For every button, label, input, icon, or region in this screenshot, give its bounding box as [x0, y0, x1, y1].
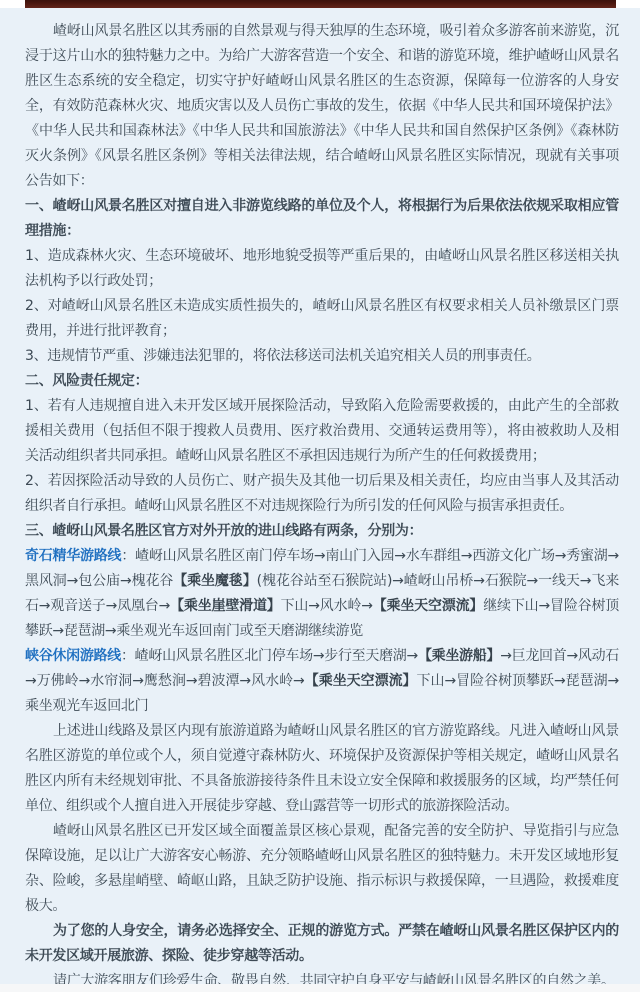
text-segment: 3、违规情节严重、涉嫌违法犯罪的，将依法移送司法机关追究相关人员的刑事责任。	[25, 348, 541, 364]
text-segment: 嵖岈山风景名胜区以其秀丽的自然景观与得天独厚的生态环境，吸引着众多游客前来游览，…	[25, 23, 619, 189]
official-routes-paragraph: 上述进山线路及景区内现有旅游道路为嵖岈山风景名胜区的官方游览路线。凡进入嵖岈山风…	[25, 719, 619, 819]
text-segment: 【乘坐天空漂流】	[304, 673, 416, 689]
text-segment: 上述进山线路及景区内现有旅游道路为嵖岈山风景名胜区的官方游览路线。凡进入嵖岈山风…	[25, 723, 619, 814]
section-1-item-1: 1、造成森林火灾、生态环境破坏、地形地貌受损等严重后果的，由嵖岈山风景名胜区移送…	[25, 244, 619, 294]
text-segment: 2、对嵖岈山风景名胜区未造成实质性损失的，嵖岈山风景名胜区有权要求相关人员补缴景…	[25, 298, 619, 339]
section-3-heading: 三、嵖岈山风景名胜区官方对外开放的进山线路有两条，分别为：	[25, 519, 619, 544]
closing-paragraph: 请广大游客朋友们珍爱生命、敬畏自然，共同守护自身平安与嵖岈山风景名胜区的自然之美…	[25, 969, 619, 984]
header-strip	[0, 0, 640, 8]
notice-page: 嵖岈山风景名胜区以其秀丽的自然景观与得天独厚的生态环境，吸引着众多游客前来游览，…	[0, 0, 640, 992]
section-1-heading: 一、嵖岈山风景名胜区对擅自进入非游览线路的单位及个人，将根据行为后果依法依规采取…	[25, 194, 619, 244]
text-segment: 【乘坐天空漂流】	[373, 598, 484, 614]
text-segment: 【乘坐游船】	[418, 648, 500, 664]
text-segment: 请广大游客朋友们珍爱生命、敬畏自然，共同守护自身平安与嵖岈山风景名胜区的自然之美…	[53, 973, 615, 984]
notice-body: 嵖岈山风景名胜区以其秀丽的自然景观与得天独厚的生态环境，吸引着众多游客前来游览，…	[0, 8, 640, 984]
text-segment: 1、若有人违规擅自进入未开发区域开展探险活动，导致陷入危险需要救援的，由此产生的…	[25, 398, 619, 464]
bottom-strip	[0, 984, 640, 992]
text-segment: 三、嵖岈山风景名胜区官方对外开放的进山线路有两条，分别为：	[25, 523, 422, 539]
developed-area-paragraph: 嵖岈山风景名胜区已开发区域全面覆盖景区核心景观，配备完善的安全防护、导览指引与应…	[25, 819, 619, 919]
section-1-item-2: 2、对嵖岈山风景名胜区未造成实质性损失的，嵖岈山风景名胜区有权要求相关人员补缴景…	[25, 294, 619, 344]
text-segment: ：嵖岈山风景名胜区北门停车场→步行至天磨湖→	[121, 648, 418, 664]
route-label: 奇石精华游路线	[25, 548, 121, 564]
safety-warning-paragraph: 为了您的人身安全，请务必选择安全、正规的游览方式。严禁在嵖岈山风景名胜区保护区内…	[25, 919, 619, 969]
route-2-xiagu-xiuxian: 峡谷休闲游路线：嵖岈山风景名胜区北门停车场→步行至天磨湖→【乘坐游船】→巨龙回首…	[25, 644, 619, 719]
text-segment: 1、造成森林火灾、生态环境破坏、地形地貌受损等严重后果的，由嵖岈山风景名胜区移送…	[25, 248, 619, 289]
text-segment: 二、风险责任规定：	[25, 373, 148, 389]
intro-paragraph: 嵖岈山风景名胜区以其秀丽的自然景观与得天独厚的生态环境，吸引着众多游客前来游览，…	[25, 19, 619, 194]
text-segment: 一、嵖岈山风景名胜区对擅自进入非游览线路的单位及个人，将根据行为后果依法依规采取…	[25, 198, 619, 239]
text-segment: 嵖岈山风景名胜区已开发区域全面覆盖景区核心景观，配备完善的安全防护、导览指引与应…	[25, 823, 619, 914]
route-1-qishi-jinghua: 奇石精华游路线：嵖岈山风景名胜区南门停车场→南山门入园→水车群组→西游文化广场→…	[25, 544, 619, 644]
section-2-item-1: 1、若有人违规擅自进入未开发区域开展探险活动，导致陷入危险需要救援的，由此产生的…	[25, 394, 619, 469]
section-2-item-2: 2、若因探险活动导致的人员伤亡、财产损失及其他一切后果及相关责任，均应由当事人及…	[25, 469, 619, 519]
section-2-heading: 二、风险责任规定：	[25, 369, 619, 394]
section-1-item-3: 3、违规情节严重、涉嫌违法犯罪的，将依法移送司法机关追究相关人员的刑事责任。	[25, 344, 619, 369]
text-segment: 为了您的人身安全，请务必选择安全、正规的游览方式。严禁在嵖岈山风景名胜区保护区内…	[25, 923, 619, 964]
text-segment: 【乘坐魔毯】	[173, 573, 256, 589]
text-segment: 下山→风水岭→	[281, 598, 373, 614]
header-bar-image	[25, 0, 616, 8]
text-segment: 【乘坐崖壁滑道】	[170, 598, 281, 614]
text-segment: 2、若因探险活动导致的人员伤亡、财产损失及其他一切后果及相关责任，均应由当事人及…	[25, 473, 619, 514]
route-label: 峡谷休闲游路线	[25, 648, 121, 664]
